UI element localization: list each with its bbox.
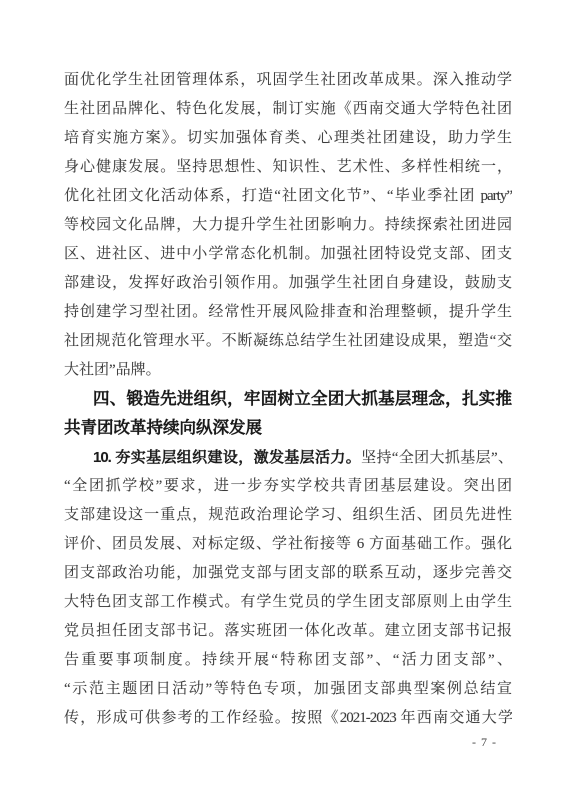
clause-title: 10. 夯实基层组织建设，激发基层活力。 <box>93 449 361 466</box>
text-run: 坚持“全团大抓基层”、 <box>361 450 512 466</box>
document-text: 面优化学生社团管理体系，巩固学生社团改革成果。深入推动学 生社团品牌化、特色化发… <box>64 66 512 733</box>
text-line: 10. 夯实基层组织建设，激发基层活力。坚持“全团大抓基层”、 <box>64 443 512 472</box>
text-line: 评价、团员发展、对标定级、学社衔接等 6 方面基础工作。强化 <box>64 530 512 559</box>
text-line: 优化社团文化活动体系，打造“社团文化节”、“毕业季社团 party” <box>64 182 512 211</box>
text-line: 大社团”品牌。 <box>64 356 512 385</box>
page-number: - 7 - <box>472 735 497 750</box>
text-line: 面优化学生社团管理体系，巩固学生社团改革成果。深入推动学 <box>64 66 512 95</box>
text-line: 团支部政治功能，加强党支部与团支部的联系互动，逐步完善交 <box>64 559 512 588</box>
text-line: 身心健康发展。坚持思想性、知识性、艺术性、多样性相统一， <box>64 153 512 182</box>
document-page: 面优化学生社团管理体系，巩固学生社团改革成果。深入推动学 生社团品牌化、特色化发… <box>0 0 566 800</box>
text-line: “示范主题团日活动”等特色专项，加强团支部典型案例总结宣 <box>64 675 512 704</box>
text-line: 社团规范化管理水平。不断凝练总结学生社团建设成果，塑造“交 <box>64 327 512 356</box>
text-line: 区、进社区、进中小学常态化机制。加强社团特设党支部、团支 <box>64 240 512 269</box>
text-line: 培育实施方案》。切实加强体育类、心理类社团建设，助力学生 <box>64 124 512 153</box>
section-heading-line: 共青团改革持续向纵深发展 <box>64 414 512 443</box>
text-line: 等校园文化品牌，大力提升学生社团影响力。持续探索社团进园 <box>64 211 512 240</box>
section-heading-line: 四、锻造先进组织，牢固树立全团大抓基层理念，扎实推动 <box>64 385 512 414</box>
text-line: 告重要事项制度。持续开展“特称团支部”、“活力团支部”、 <box>64 646 512 675</box>
text-line: 部建设，发挥好政治引领作用。加强学生社团自身建设，鼓励支 <box>64 269 512 298</box>
text-line: “全团抓学校”要求，进一步夯实学校共青团基层建设。突出团 <box>64 472 512 501</box>
text-line: 党员担任团支部书记。落实班团一体化改革。建立团支部书记报 <box>64 617 512 646</box>
text-line: 持创建学习型社团。经常性开展风险排查和治理整顿，提升学生 <box>64 298 512 327</box>
text-line: 大特色团支部工作模式。有学生党员的学生团支部原则上由学生 <box>64 588 512 617</box>
text-line: 生社团品牌化、特色化发展，制订实施《西南交通大学特色社团 <box>64 95 512 124</box>
text-line: 支部建设这一重点，规范政治理论学习、组织生活、团员先进性 <box>64 501 512 530</box>
text-line: 传，形成可供参考的工作经验。按照《2021-2023 年西南交通大学 <box>64 704 512 733</box>
